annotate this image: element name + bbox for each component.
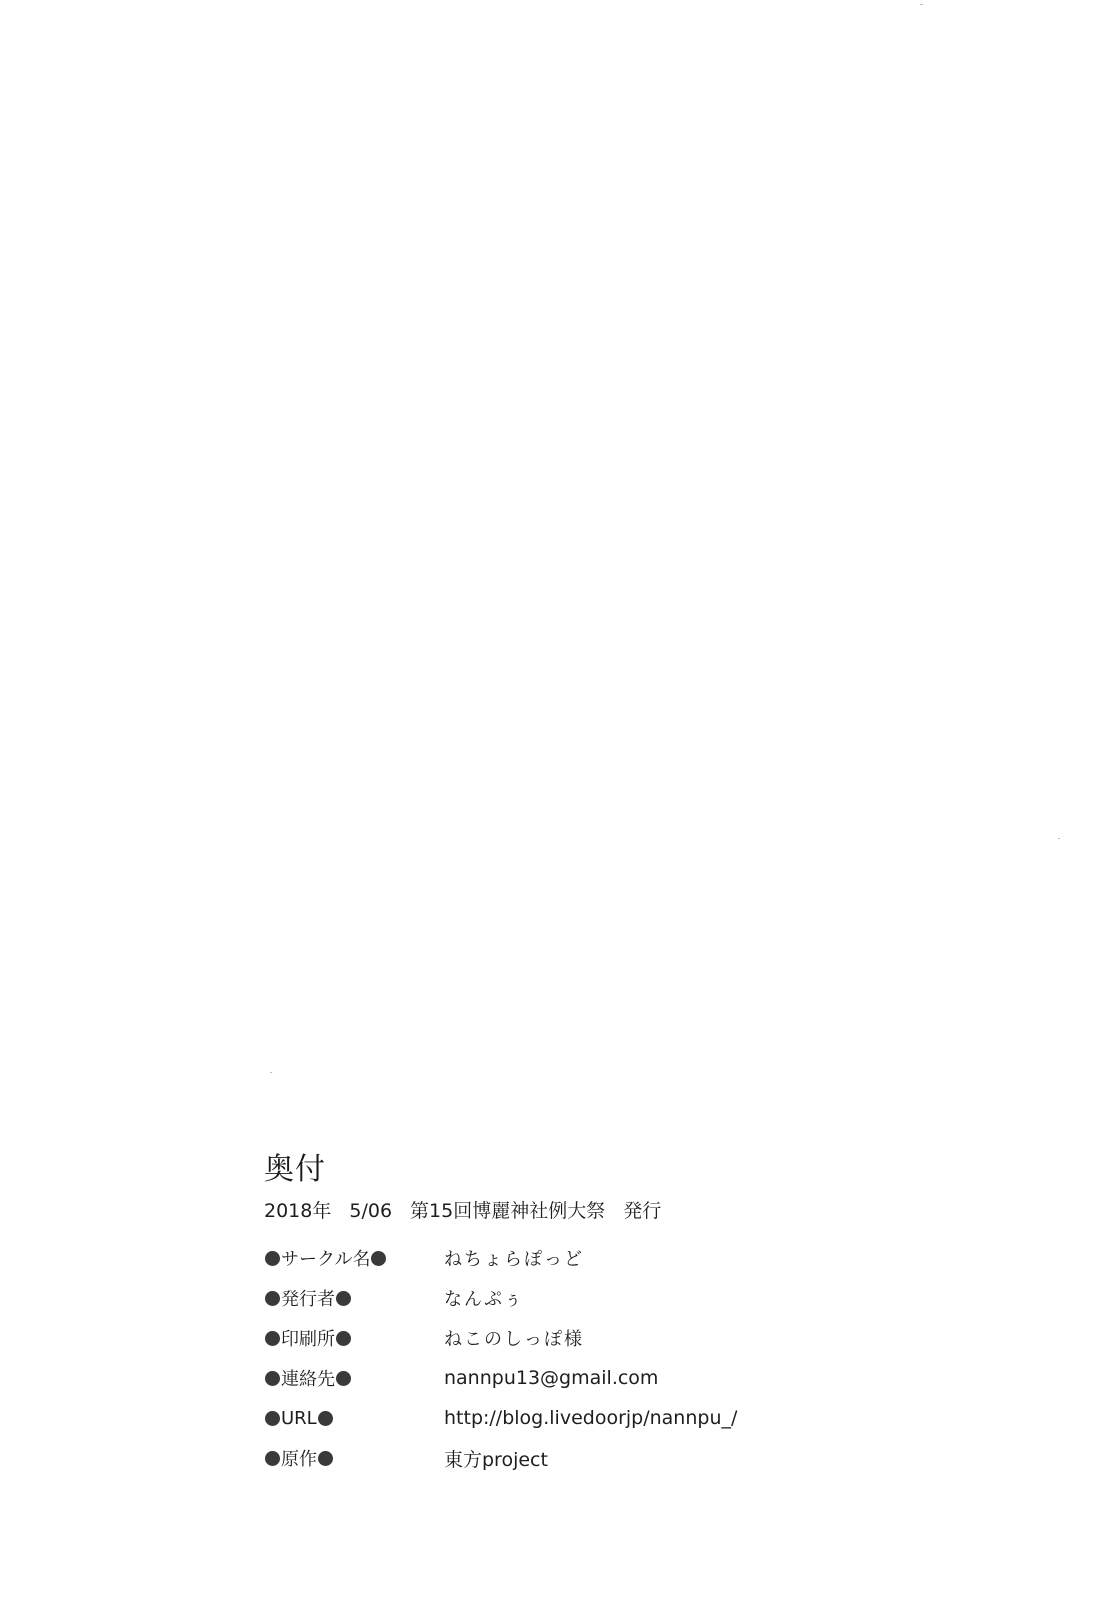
bullet-circle-icon bbox=[318, 1451, 333, 1466]
publication-action: 発行 bbox=[623, 1198, 661, 1224]
url-value: http://blog.livedoorjp/nannpu_/ bbox=[444, 1407, 737, 1429]
bullet-circle-icon bbox=[336, 1291, 351, 1306]
row-label: 連絡先 bbox=[264, 1365, 444, 1391]
row-label: 原作 bbox=[264, 1445, 444, 1471]
printer-value: ねこのしっぽ様 bbox=[444, 1325, 584, 1351]
bullet-circle-icon bbox=[265, 1251, 280, 1266]
bullet-circle-icon bbox=[318, 1411, 333, 1426]
row-contact: 連絡先 nannpu13@gmail.com bbox=[264, 1358, 864, 1398]
contact-email-value: nannpu13@gmail.com bbox=[444, 1367, 658, 1389]
scan-speck bbox=[1058, 838, 1060, 839]
bullet-circle-icon bbox=[265, 1331, 280, 1346]
bullet-circle-icon bbox=[371, 1251, 386, 1266]
colophon-rows: サークル名 ねちょらぽっど 発行者 なんぷぅ 印刷所 ねこのしっぽ様 連絡先 n… bbox=[264, 1238, 864, 1478]
row-label: 発行者 bbox=[264, 1285, 444, 1311]
scan-speck bbox=[270, 1072, 272, 1073]
row-publisher: 発行者 なんぷぅ bbox=[264, 1278, 864, 1318]
bullet-circle-icon bbox=[336, 1371, 351, 1386]
colophon: 奥付 2018年5/06第15回博麗神社例大祭発行 サークル名 ねちょらぽっど … bbox=[264, 1150, 864, 1478]
publication-line: 2018年5/06第15回博麗神社例大祭発行 bbox=[264, 1198, 864, 1224]
row-url: URL http://blog.livedoorjp/nannpu_/ bbox=[264, 1398, 864, 1438]
original-work-value: 東方project bbox=[444, 1445, 548, 1472]
row-original-work: 原作 東方project bbox=[264, 1438, 864, 1478]
row-label: URL bbox=[264, 1408, 444, 1429]
row-label: 印刷所 bbox=[264, 1325, 444, 1351]
circle-name-value: ねちょらぽっど bbox=[444, 1245, 584, 1271]
row-circle-name: サークル名 ねちょらぽっど bbox=[264, 1238, 864, 1278]
publisher-value: なんぷぅ bbox=[444, 1285, 524, 1311]
publication-event: 第15回博麗神社例大祭 bbox=[410, 1198, 605, 1224]
bullet-circle-icon bbox=[336, 1331, 351, 1346]
bullet-circle-icon bbox=[265, 1371, 280, 1386]
scan-speck bbox=[920, 4, 923, 5]
row-label: サークル名 bbox=[264, 1245, 444, 1271]
colophon-title: 奥付 bbox=[264, 1150, 864, 1190]
publication-date: 5/06 bbox=[349, 1198, 392, 1224]
row-printer: 印刷所 ねこのしっぽ様 bbox=[264, 1318, 864, 1358]
publication-year: 2018年 bbox=[264, 1198, 331, 1224]
bullet-circle-icon bbox=[265, 1411, 280, 1426]
bullet-circle-icon bbox=[265, 1291, 280, 1306]
bullet-circle-icon bbox=[265, 1451, 280, 1466]
